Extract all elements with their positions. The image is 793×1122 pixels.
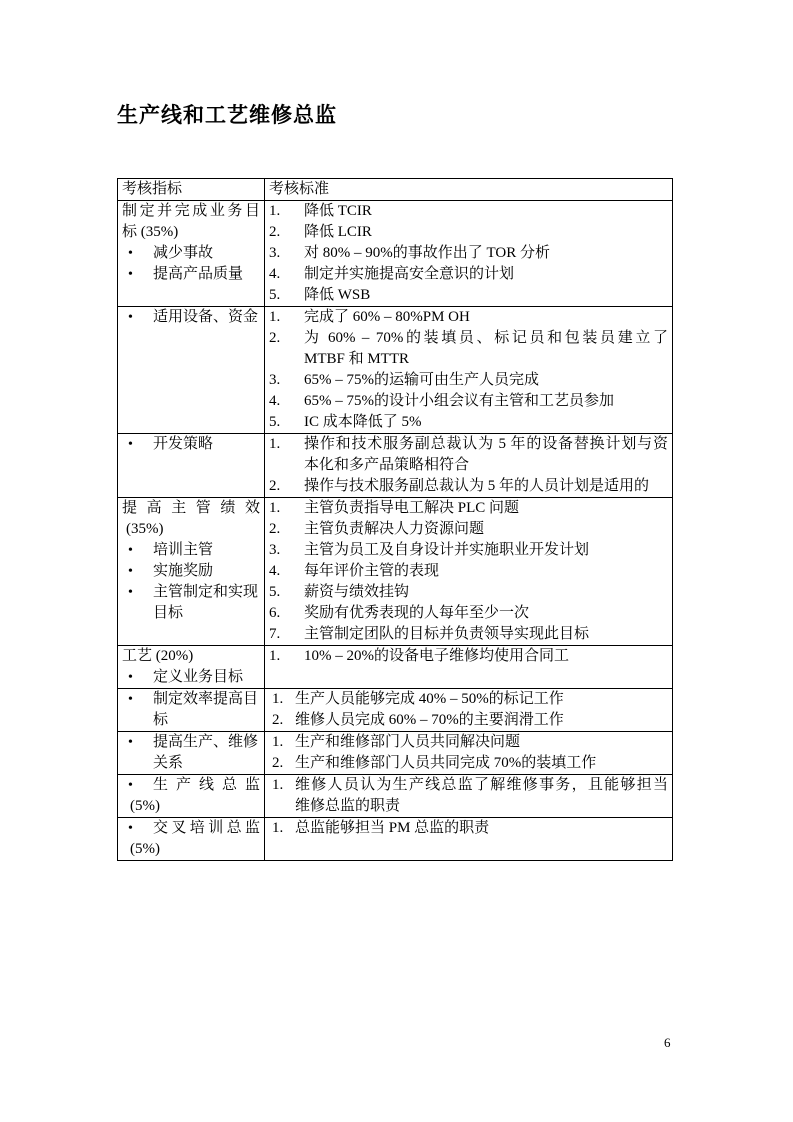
standards-cell: 1.降低 TCIR2.降低 LCIR3.对 80% – 90%的事故作出了 TO… [265, 201, 673, 307]
standard-item: 4.每年评价主管的表现 [269, 561, 668, 582]
standard-item: 7.主管制定团队的目标并负责领导实现此目标 [269, 624, 668, 645]
item-number: 3. [269, 540, 280, 561]
item-number: 1. [269, 498, 280, 519]
item-number: 5. [269, 285, 280, 306]
col-header-indicator: 考核指标 [118, 179, 265, 201]
standard-item: 1.维修人员认为生产线总监了解维修事务，且能够担当维修总监的职责 [269, 775, 668, 817]
standard-line: 薪资与绩效挂钩 [304, 582, 668, 603]
table-header-row: 考核指标 考核标准 [118, 179, 673, 201]
standard-item: 2.维修人员完成 60% – 70%的主要润滑工作 [269, 710, 668, 731]
standard-line: MTBF 和 MTTR [304, 349, 668, 370]
indicator-bullet-line: •主管制定和实现 [122, 582, 260, 603]
bullet-icon: • [128, 732, 133, 753]
indicator-line: 目标 [122, 603, 260, 624]
indicator-bullet-line: •提高产品质量 [122, 264, 260, 285]
indicator-cell: •提高生产、维修关系 [118, 732, 265, 775]
standard-item: 4.制定并实施提高安全意识的计划 [269, 264, 668, 285]
standard-item: 1.10% – 20%的设备电子维修均使用合同工 [269, 646, 668, 667]
standard-line: 奖励有优秀表现的人每年至少一次 [304, 603, 668, 624]
indicator-cell: •开发策略 [118, 434, 265, 498]
standard-item: 1.主管负责指导电工解决 PLC 问题 [269, 498, 668, 519]
indicator-cell: 提高主管绩效(35%)•培训主管•实施奖励•主管制定和实现目标 [118, 498, 265, 646]
item-number: 2. [269, 476, 280, 497]
item-number: 1. [269, 646, 280, 667]
item-number: 1. [269, 434, 280, 455]
item-number: 6. [269, 603, 280, 624]
indicator-text: 主管制定和实现 [153, 584, 258, 600]
standards-cell: 1.维修人员认为生产线总监了解维修事务，且能够担当维修总监的职责 [265, 775, 673, 818]
table-row: •交叉培训总监(5%)1.总监能够担当 PM 总监的职责 [118, 818, 673, 861]
standards-cell: 1.主管负责指导电工解决 PLC 问题2.主管负责解决人力资源问题3.主管为员工… [265, 498, 673, 646]
assessment-table: 考核指标 考核标准 制定并完成业务目标 (35%)•减少事故•提高产品质量1.降… [117, 178, 673, 861]
bullet-icon: • [128, 667, 133, 688]
item-number: 1. [272, 775, 283, 796]
standards-cell: 1.生产人员能够完成 40% – 50%的标记工作2.维修人员完成 60% – … [265, 689, 673, 732]
indicator-text: 提高生产、维修 [153, 734, 258, 750]
item-number: 2. [269, 328, 280, 349]
indicator-bullet-line: •定义业务目标 [122, 667, 260, 688]
standard-item: 5.降低 WSB [269, 285, 668, 306]
standard-line: 为 60% – 70%的装填员、标记员和包装员建立了 [304, 328, 668, 349]
table-row: •提高生产、维修关系1.生产和维修部门人员共同解决问题2.生产和维修部门人员共同… [118, 732, 673, 775]
item-number: 5. [269, 412, 280, 433]
indicator-text: 减少事故 [153, 245, 213, 261]
standard-item: 6.奖励有优秀表现的人每年至少一次 [269, 603, 668, 624]
indicator-cell: •生产线总监(5%) [118, 775, 265, 818]
indicator-line: 标 [122, 710, 260, 731]
standard-line: 操作与技术服务副总裁认为 5 年的人员计划是适用的 [304, 476, 668, 497]
standard-item: 1.降低 TCIR [269, 201, 668, 222]
table-row: •制定效率提高目标1.生产人员能够完成 40% – 50%的标记工作2.维修人员… [118, 689, 673, 732]
standard-line: 降低 LCIR [304, 222, 668, 243]
standards-cell: 1.操作和技术服务副总裁认为 5 年的设备替换计划与资本化和多产品策略相符合2.… [265, 434, 673, 498]
item-number: 4. [269, 264, 280, 285]
standard-line: 10% – 20%的设备电子维修均使用合同工 [304, 646, 668, 667]
table-row: •适用设备、资金1.完成了 60% – 80%PM OH2.为 60% – 70… [118, 307, 673, 434]
page-number: 6 [664, 1035, 671, 1051]
indicator-text: 制定效率提高目 [153, 691, 258, 707]
standard-line: 65% – 75%的运输可由生产人员完成 [304, 370, 668, 391]
indicator-cell: 制定并完成业务目标 (35%)•减少事故•提高产品质量 [118, 201, 265, 307]
item-number: 2. [272, 753, 283, 774]
item-number: 4. [269, 561, 280, 582]
indicator-text: 适用设备、资金 [153, 309, 258, 325]
indicator-line: 工艺 (20%) [122, 646, 260, 667]
standard-line: 操作和技术服务副总裁认为 5 年的设备替换计划与资 [304, 434, 668, 455]
standard-item: 1.完成了 60% – 80%PM OH [269, 307, 668, 328]
indicator-line: (5%) [122, 796, 260, 817]
standard-item: 2.主管负责解决人力资源问题 [269, 519, 668, 540]
standard-item: 5.IC 成本降低了 5% [269, 412, 668, 433]
bullet-icon: • [128, 540, 133, 561]
indicator-bullet-line: •制定效率提高目 [122, 689, 260, 710]
standard-line: 生产人员能够完成 40% – 50%的标记工作 [295, 689, 668, 710]
bullet-icon: • [128, 243, 133, 264]
indicator-bullet-line: •实施奖励 [122, 561, 260, 582]
standard-line: 总监能够担当 PM 总监的职责 [295, 818, 668, 839]
table-row: 制定并完成业务目标 (35%)•减少事故•提高产品质量1.降低 TCIR2.降低… [118, 201, 673, 307]
indicator-line: (5%) [122, 839, 260, 860]
indicator-line: (35%) [122, 519, 260, 540]
table-row: •开发策略1.操作和技术服务副总裁认为 5 年的设备替换计划与资本化和多产品策略… [118, 434, 673, 498]
standard-line: 主管制定团队的目标并负责领导实现此目标 [304, 624, 668, 645]
item-number: 5. [269, 582, 280, 603]
standard-item: 1.总监能够担当 PM 总监的职责 [269, 818, 668, 839]
standard-line: 主管负责解决人力资源问题 [304, 519, 668, 540]
bullet-icon: • [128, 689, 133, 710]
page-title: 生产线和工艺维修总监 [117, 99, 337, 129]
col-header-standard: 考核标准 [265, 179, 673, 201]
indicator-cell: •适用设备、资金 [118, 307, 265, 434]
item-number: 2. [269, 222, 280, 243]
item-number: 1. [269, 307, 280, 328]
standards-cell: 1.生产和维修部门人员共同解决问题2.生产和维修部门人员共同完成 70%的装填工… [265, 732, 673, 775]
standard-line: 生产和维修部门人员共同解决问题 [295, 732, 668, 753]
indicator-cell: •交叉培训总监(5%) [118, 818, 265, 861]
standard-line: 制定并实施提高安全意识的计划 [304, 264, 668, 285]
indicator-bullet-line: •培训主管 [122, 540, 260, 561]
standard-line: 每年评价主管的表现 [304, 561, 668, 582]
item-number: 7. [269, 624, 280, 645]
item-number: 1. [272, 689, 283, 710]
standard-line: IC 成本降低了 5% [304, 412, 668, 433]
indicator-text: 交叉培训总监 [153, 820, 260, 836]
indicator-line: 制定并完成业务目 [122, 201, 260, 222]
indicator-bullet-line: •适用设备、资金 [122, 307, 260, 328]
standard-item: 5.薪资与绩效挂钩 [269, 582, 668, 603]
indicator-bullet-line: •减少事故 [122, 243, 260, 264]
standard-line: 维修人员完成 60% – 70%的主要润滑工作 [295, 710, 668, 731]
document-page: 生产线和工艺维修总监 考核指标 考核标准 制定并完成业务目标 (35%)•减少事… [0, 0, 793, 1122]
standard-line: 65% – 75%的设计小组会议有主管和工艺员参加 [304, 391, 668, 412]
indicator-line: 提高主管绩效 [122, 498, 260, 519]
indicator-text: 培训主管 [153, 542, 213, 558]
indicator-bullet-line: •生产线总监 [122, 775, 260, 796]
standard-item: 1.生产和维修部门人员共同解决问题 [269, 732, 668, 753]
indicator-cell: •制定效率提高目标 [118, 689, 265, 732]
table-row: 提高主管绩效(35%)•培训主管•实施奖励•主管制定和实现目标1.主管负责指导电… [118, 498, 673, 646]
standards-cell: 1.10% – 20%的设备电子维修均使用合同工 [265, 646, 673, 689]
item-number: 1. [272, 818, 283, 839]
item-number: 3. [269, 370, 280, 391]
standards-cell: 1.总监能够担当 PM 总监的职责 [265, 818, 673, 861]
standard-item: 3.65% – 75%的运输可由生产人员完成 [269, 370, 668, 391]
standard-item: 3.主管为员工及自身设计并实施职业开发计划 [269, 540, 668, 561]
standard-item: 2.为 60% – 70%的装填员、标记员和包装员建立了MTBF 和 MTTR [269, 328, 668, 370]
standard-line: 主管负责指导电工解决 PLC 问题 [304, 498, 668, 519]
standards-cell: 1.完成了 60% – 80%PM OH2.为 60% – 70%的装填员、标记… [265, 307, 673, 434]
standard-item: 2.降低 LCIR [269, 222, 668, 243]
standard-line: 主管为员工及自身设计并实施职业开发计划 [304, 540, 668, 561]
standard-item: 4.65% – 75%的设计小组会议有主管和工艺员参加 [269, 391, 668, 412]
indicator-cell: 工艺 (20%)•定义业务目标 [118, 646, 265, 689]
item-number: 1. [272, 732, 283, 753]
standard-line: 对 80% – 90%的事故作出了 TOR 分析 [304, 243, 668, 264]
bullet-icon: • [128, 582, 133, 603]
standard-line: 维修总监的职责 [295, 796, 668, 817]
indicator-bullet-line: •开发策略 [122, 434, 260, 455]
item-number: 1. [269, 201, 280, 222]
assessment-table-body: 制定并完成业务目标 (35%)•减少事故•提高产品质量1.降低 TCIR2.降低… [118, 201, 673, 861]
item-number: 2. [269, 519, 280, 540]
indicator-line: 关系 [122, 753, 260, 774]
indicator-text: 生产线总监 [153, 777, 260, 793]
indicator-text: 定义业务目标 [153, 669, 243, 685]
standard-item: 2.操作与技术服务副总裁认为 5 年的人员计划是适用的 [269, 476, 668, 497]
item-number: 3. [269, 243, 280, 264]
indicator-bullet-line: •提高生产、维修 [122, 732, 260, 753]
bullet-icon: • [128, 264, 133, 285]
indicator-line: 标 (35%) [122, 222, 260, 243]
standard-line: 降低 TCIR [304, 201, 668, 222]
indicator-text: 实施奖励 [153, 563, 213, 579]
item-number: 4. [269, 391, 280, 412]
indicator-text: 开发策略 [153, 436, 213, 452]
standard-item: 2.生产和维修部门人员共同完成 70%的装填工作 [269, 753, 668, 774]
bullet-icon: • [128, 561, 133, 582]
standard-line: 降低 WSB [304, 285, 668, 306]
indicator-bullet-line: •交叉培训总监 [122, 818, 260, 839]
table-row: 工艺 (20%)•定义业务目标1.10% – 20%的设备电子维修均使用合同工 [118, 646, 673, 689]
bullet-icon: • [128, 775, 133, 796]
standard-item: 1.操作和技术服务副总裁认为 5 年的设备替换计划与资本化和多产品策略相符合 [269, 434, 668, 476]
indicator-text: 提高产品质量 [153, 266, 243, 282]
standard-item: 3.对 80% – 90%的事故作出了 TOR 分析 [269, 243, 668, 264]
standard-line: 本化和多产品策略相符合 [304, 455, 668, 476]
item-number: 2. [272, 710, 283, 731]
standard-line: 生产和维修部门人员共同完成 70%的装填工作 [295, 753, 668, 774]
bullet-icon: • [128, 818, 133, 839]
bullet-icon: • [128, 434, 133, 455]
standard-line: 完成了 60% – 80%PM OH [304, 307, 668, 328]
standard-item: 1.生产人员能够完成 40% – 50%的标记工作 [269, 689, 668, 710]
table-row: •生产线总监(5%)1.维修人员认为生产线总监了解维修事务，且能够担当维修总监的… [118, 775, 673, 818]
bullet-icon: • [128, 307, 133, 328]
standard-line: 维修人员认为生产线总监了解维修事务，且能够担当 [295, 775, 668, 796]
